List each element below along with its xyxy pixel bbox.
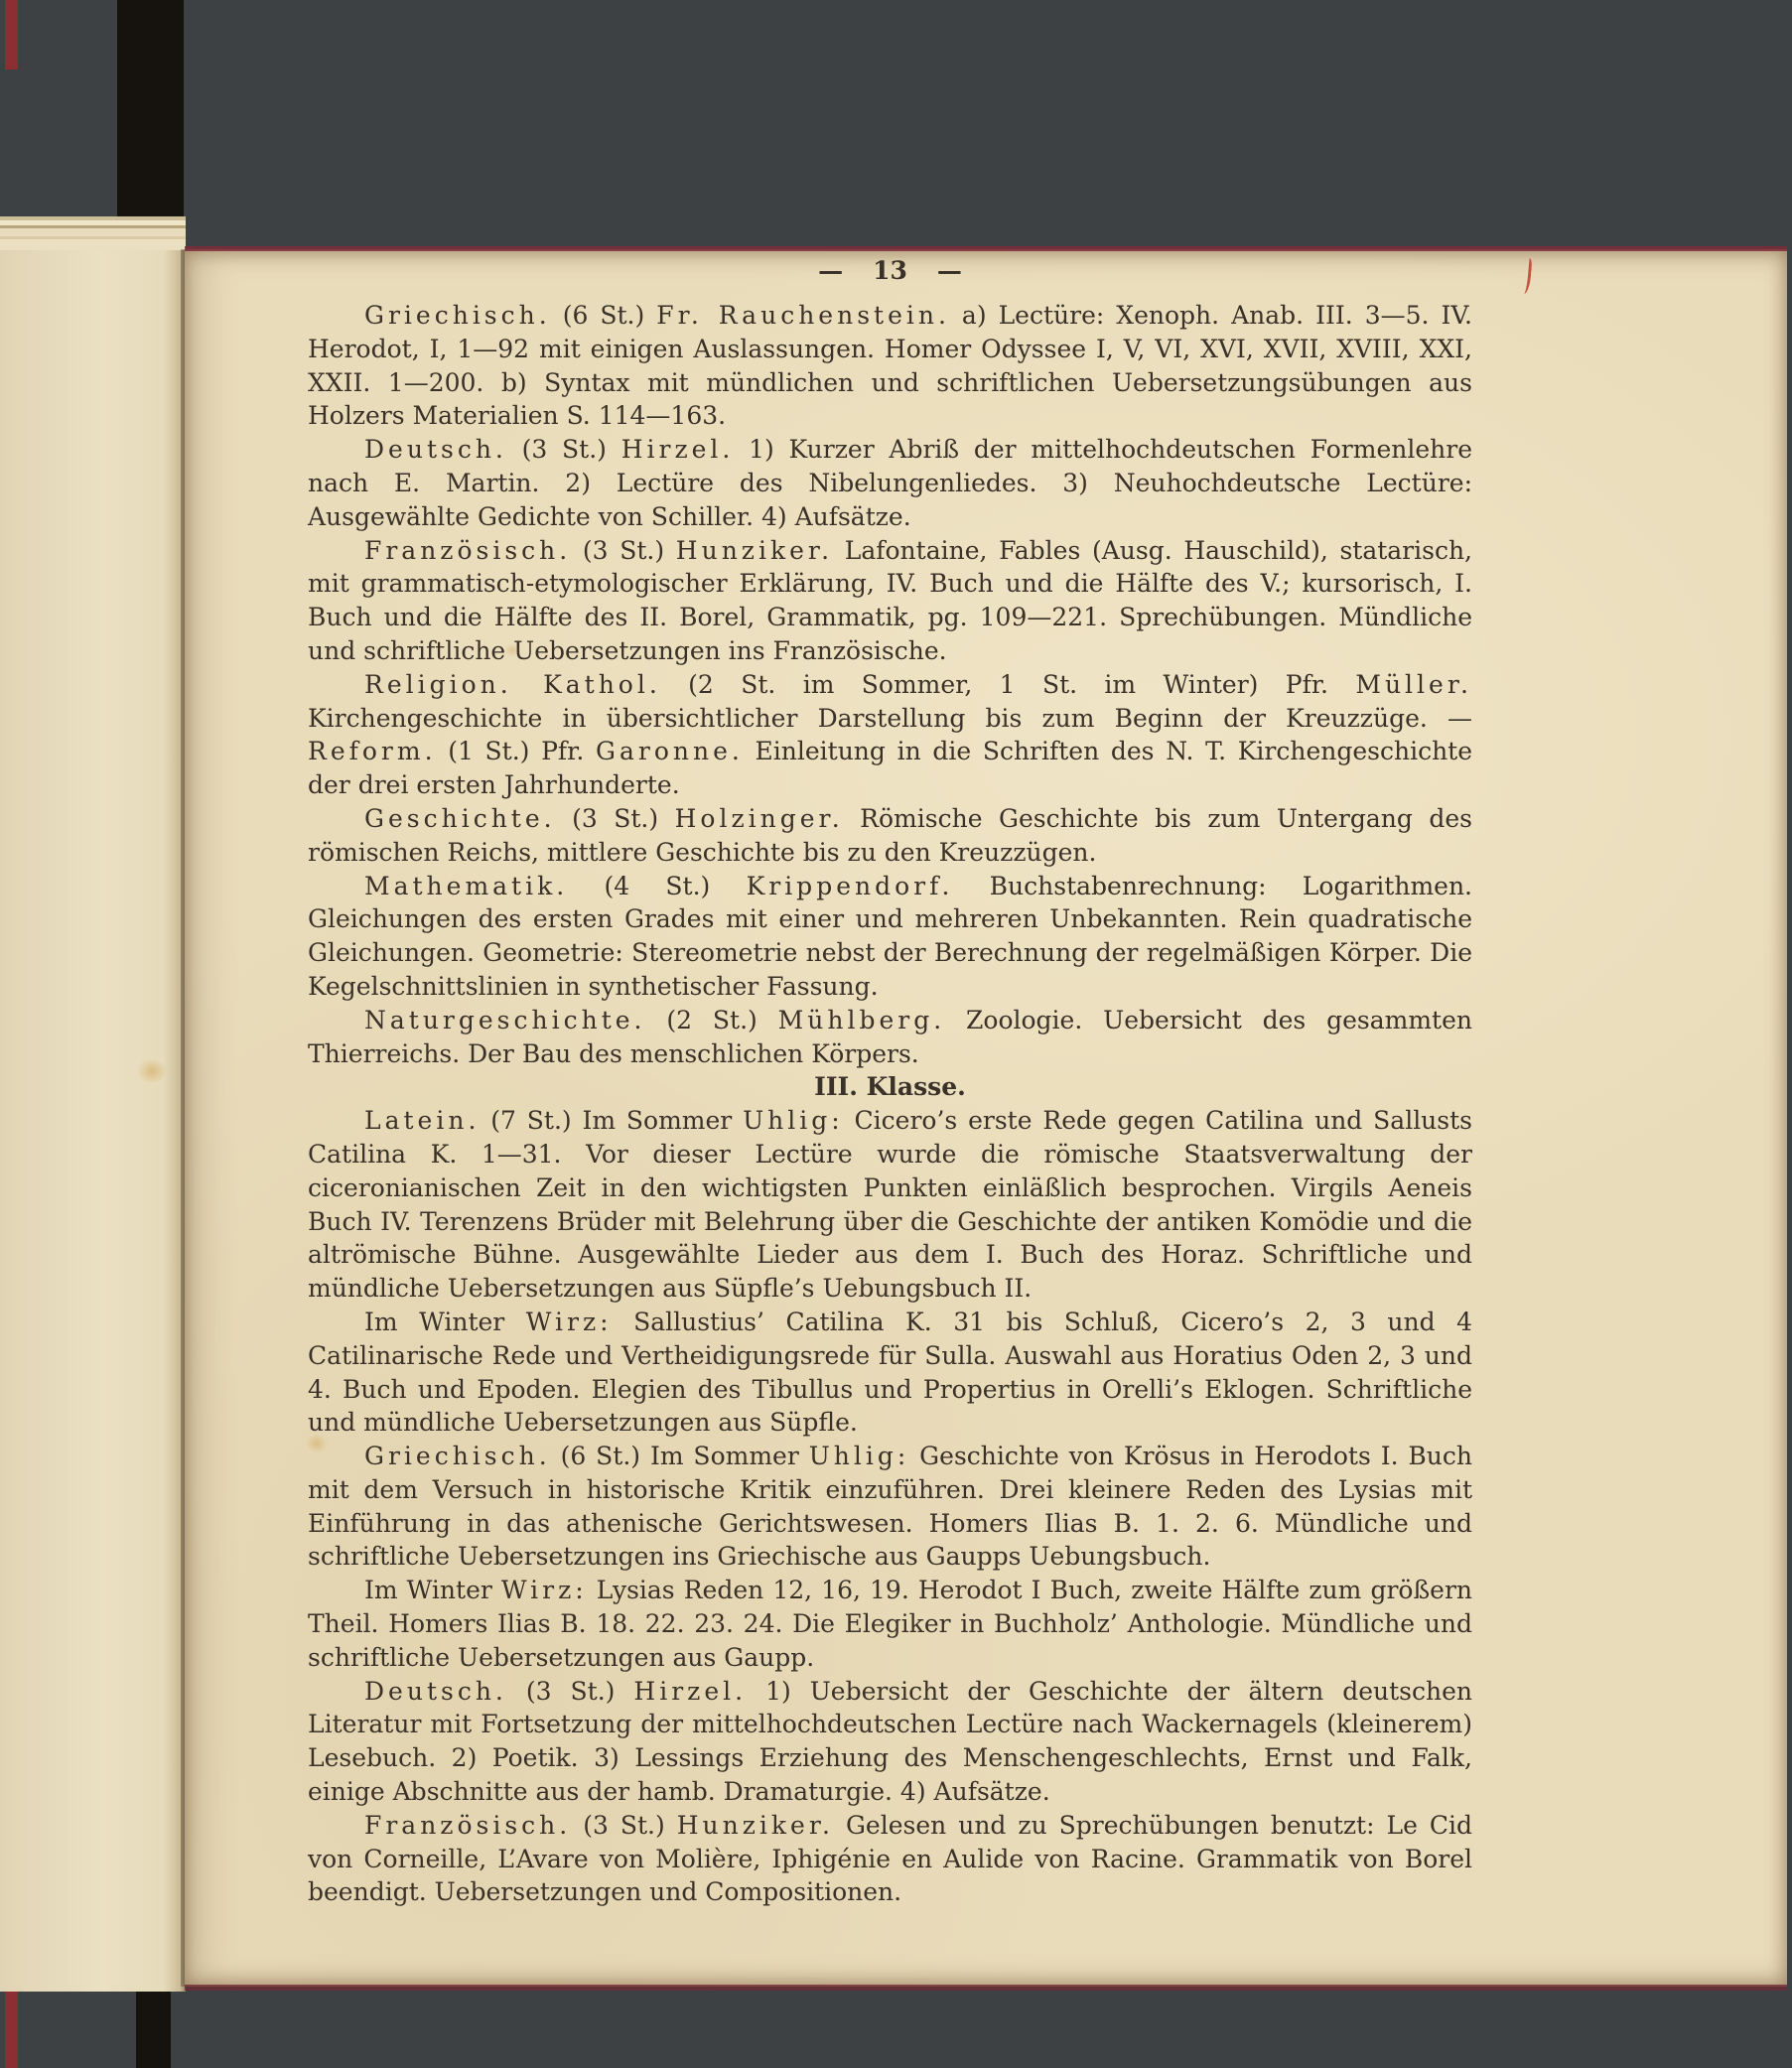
body-run: (3 St.) [507, 435, 621, 464]
paragraph: Französisch. (3 St.) Hunziker. Gelesen u… [308, 1809, 1472, 1909]
page-edge-stack [0, 216, 186, 1992]
paragraph: Im Winter Wirz: Lysias Reden 12, 16, 19.… [308, 1574, 1472, 1674]
letterspaced-term: Französisch. [364, 536, 571, 565]
book-scan-backdrop: — 13 — Griechisch. (6 St.) Fr. Rauchenst… [0, 0, 1792, 2068]
body-run: Im Winter [364, 1576, 501, 1604]
body-run: (3 St.) [556, 804, 675, 833]
body-text: Griechisch. (6 St.) Fr. Rauchenstein. a)… [308, 299, 1472, 1909]
letterspaced-term: Hirzel. [621, 435, 735, 464]
page-number-dash-right: — [937, 256, 962, 285]
letterspaced-term: Hirzel. [633, 1677, 747, 1706]
paragraph: Deutsch. (3 St.) Hirzel. 1) Kurzer Abriß… [308, 433, 1472, 533]
letterspaced-term: Fr. Rauchenstein. [656, 301, 950, 330]
section-heading: III. Klasse. [308, 1070, 1472, 1104]
bookmark-ribbon-top [117, 0, 184, 251]
body-run: (1 St.) Pfr. [437, 737, 596, 765]
book-cover-edge-top [5, 0, 18, 69]
letterspaced-term: Latein. [364, 1106, 480, 1135]
body-run: Kirchengeschichte in übersichtlicher Dar… [308, 704, 1472, 733]
body-run: (3 St.) [571, 1811, 676, 1840]
body-run: (2 St. im Sommer, 1 St. im Winter) Pfr. [661, 670, 1356, 699]
letterspaced-term: Mathematik. [364, 872, 568, 900]
letterspaced-term: Mühlberg. [778, 1006, 946, 1034]
page-number-dash-left: — [818, 256, 843, 285]
bookmark-ribbon-bottom [136, 1984, 171, 2068]
paragraph: Religion. Kathol. (2 St. im Sommer, 1 St… [308, 668, 1472, 802]
letterspaced-term: Naturgeschichte. [364, 1006, 646, 1034]
paragraph: Im Winter Wirz: Sallustius’ Catilina K. … [308, 1306, 1472, 1440]
body-run: (3 St.) [507, 1677, 634, 1706]
letterspaced-term: Hunziker. [677, 1811, 834, 1840]
body-run: Im Winter [364, 1308, 526, 1336]
paragraph: Deutsch. (3 St.) Hirzel. 1) Uebersicht d… [308, 1675, 1472, 1809]
letterspaced-term: Krippendorf. [747, 872, 954, 900]
body-run: (2 St.) [646, 1006, 778, 1034]
letterspaced-term: Wirz: [501, 1576, 588, 1604]
letterspaced-term: Uhlig: [809, 1442, 910, 1470]
paragraph: Naturgeschichte. (2 St.) Mühlberg. Zoolo… [308, 1004, 1472, 1071]
letterspaced-term: Reform. [308, 737, 437, 765]
body-run: (3 St.) [571, 536, 676, 565]
body-run: (6 St.) [551, 301, 657, 330]
paragraph: Griechisch. (6 St.) Im Sommer Uhlig: Ges… [308, 1440, 1472, 1574]
body-run: (6 St.) Im Sommer [551, 1442, 809, 1470]
letterspaced-term: Deutsch. [364, 435, 507, 464]
body-run: (4 St.) [568, 872, 746, 900]
letterspaced-term: Geschichte. [364, 804, 556, 833]
letterspaced-term: Französisch. [364, 1811, 571, 1840]
letterspaced-term: Müller. [1355, 670, 1472, 699]
paragraph: Mathematik. (4 St.) Krippendorf. Buchsta… [308, 870, 1472, 1004]
letterspaced-term: Griechisch. [364, 1442, 551, 1470]
paragraph: Latein. (7 St.) Im Sommer Uhlig: Cicero’… [308, 1104, 1472, 1306]
paragraph: Griechisch. (6 St.) Fr. Rauchenstein. a)… [308, 299, 1472, 433]
letterspaced-term: Wirz: [526, 1308, 613, 1336]
letterspaced-term: Religion. Kathol. [364, 670, 661, 699]
letterspaced-term: Hunziker. [676, 536, 833, 565]
body-run: (7 St.) Im Sommer [480, 1106, 743, 1135]
paragraph: Französisch. (3 St.) Hunziker. Lafontain… [308, 534, 1472, 668]
letterspaced-term: Uhlig: [743, 1106, 844, 1135]
body-run: Cicero’s erste Rede gegen Catilina und S… [308, 1106, 1472, 1303]
letterspaced-term: Holzinger. [675, 804, 844, 833]
page-number-value: 13 [873, 256, 907, 285]
paragraph: Geschichte. (3 St.) Holzinger. Römische … [308, 802, 1472, 870]
letterspaced-term: Griechisch. [364, 301, 551, 330]
page-number: — 13 — [308, 256, 1472, 285]
letterspaced-term: Deutsch. [364, 1677, 507, 1706]
letterspaced-term: Garonne. [596, 737, 744, 765]
